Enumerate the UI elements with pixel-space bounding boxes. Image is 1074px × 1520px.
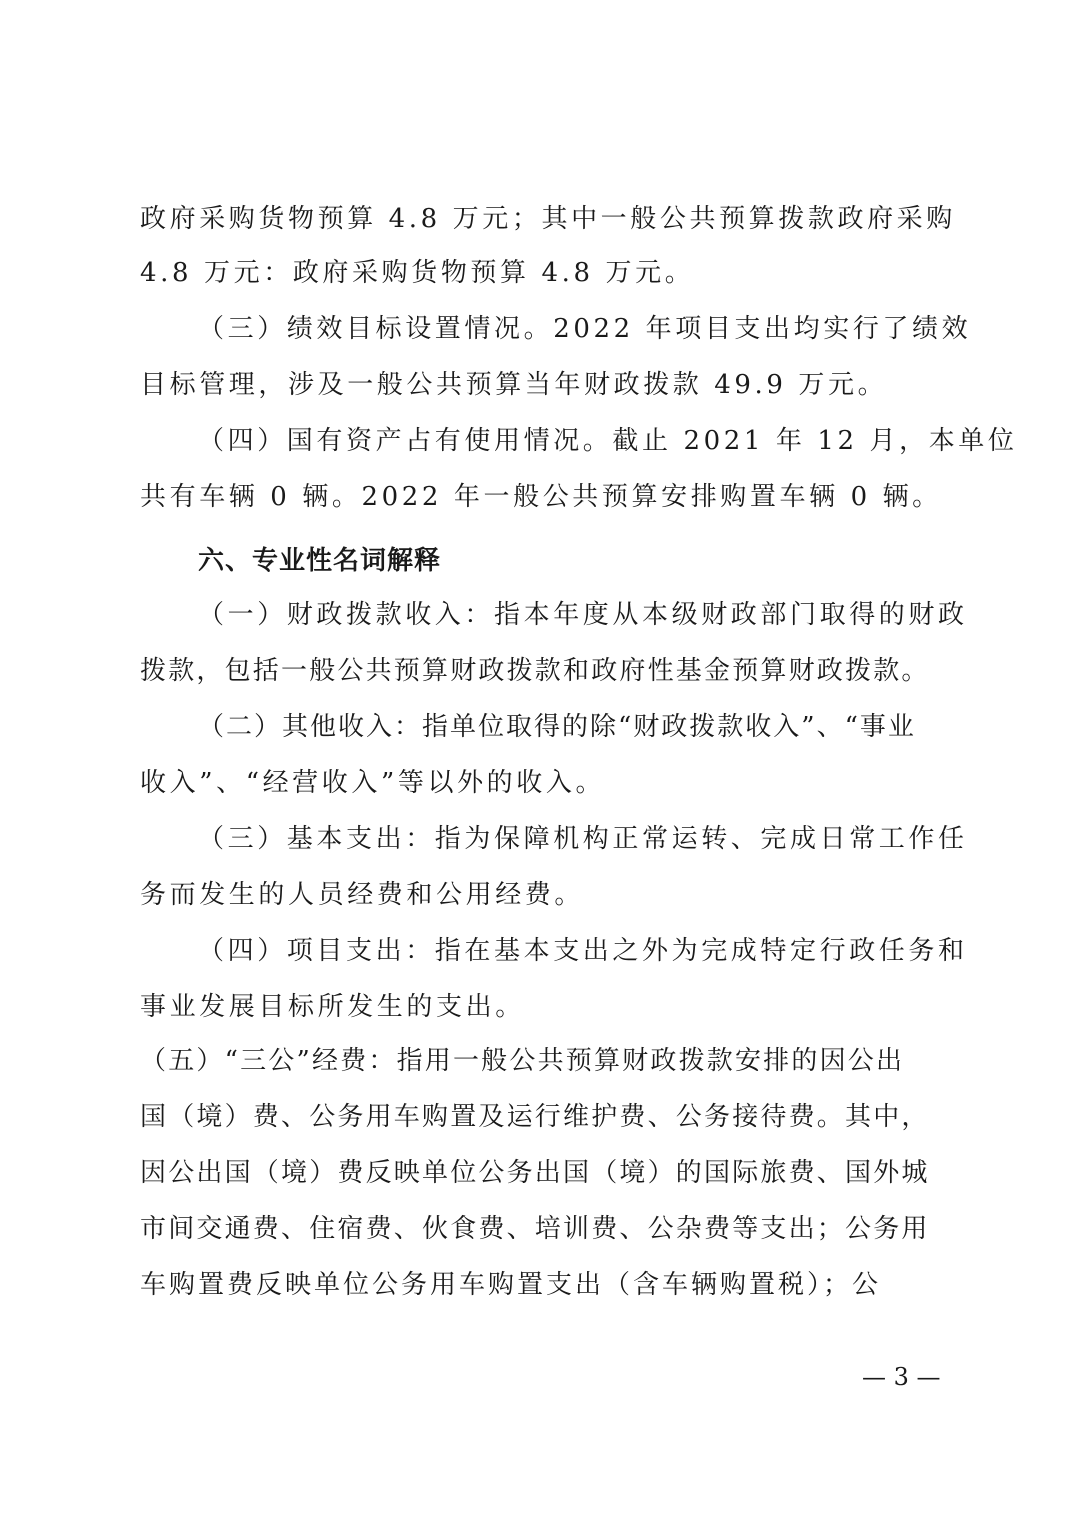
definition-other-revenue: （二）其他收入：指单位取得的除“财政拨款收入”、“事业: [198, 710, 940, 744]
body-text-line: 事业发展目标所发生的支出。: [140, 990, 940, 1024]
body-text-line: 国（境）费、公务用车购置及运行维护费、公务接待费。其中，: [140, 1100, 940, 1134]
page-number: — 3 —: [862, 1362, 941, 1392]
body-text-line: 目标管理，涉及一般公共预算当年财政拨款 49.9 万元。: [140, 368, 940, 402]
paragraph-state-assets: （四）国有资产占有使用情况。截止 2021 年 12 月，本单位: [198, 424, 940, 458]
paragraph-performance-goals: （三）绩效目标设置情况。2022 年项目支出均实行了绩效: [198, 312, 940, 346]
body-text-line: 车购置费反映单位公务用车购置支出（含车辆购置税）；公: [140, 1268, 940, 1302]
definition-project-expenditure: （四）项目支出：指在基本支出之外为完成特定行政任务和: [198, 934, 940, 968]
body-text-line: 拨款，包括一般公共预算财政拨款和政府性基金预算财政拨款。: [140, 654, 940, 688]
body-text-line: 政府采购货物预算 4.8 万元；其中一般公共预算拨款政府采购: [140, 202, 940, 236]
body-text-line: 务而发生的人员经费和公用经费。: [140, 878, 940, 912]
definition-three-public: （五）“三公”经费：指用一般公共预算财政拨款安排的因公出: [140, 1044, 940, 1078]
body-text-line: 共有车辆 0 辆。2022 年一般公共预算安排购置车辆 0 辆。: [140, 480, 940, 514]
body-text-line: 4.8 万元：政府采购货物预算 4.8 万元。: [140, 256, 940, 290]
section-heading: 六、专业性名词解释: [198, 544, 998, 578]
definition-fiscal-revenue: （一）财政拨款收入：指本年度从本级财政部门取得的财政: [198, 598, 940, 632]
definition-basic-expenditure: （三）基本支出：指为保障机构正常运转、完成日常工作任: [198, 822, 940, 856]
body-text-line: 因公出国（境）费反映单位公务出国（境）的国际旅费、国外城: [140, 1156, 940, 1190]
body-text-line: 市间交通费、住宿费、伙食费、培训费、公杂费等支出；公务用: [140, 1212, 940, 1246]
body-text-line: 收入”、“经营收入”等以外的收入。: [140, 766, 940, 800]
